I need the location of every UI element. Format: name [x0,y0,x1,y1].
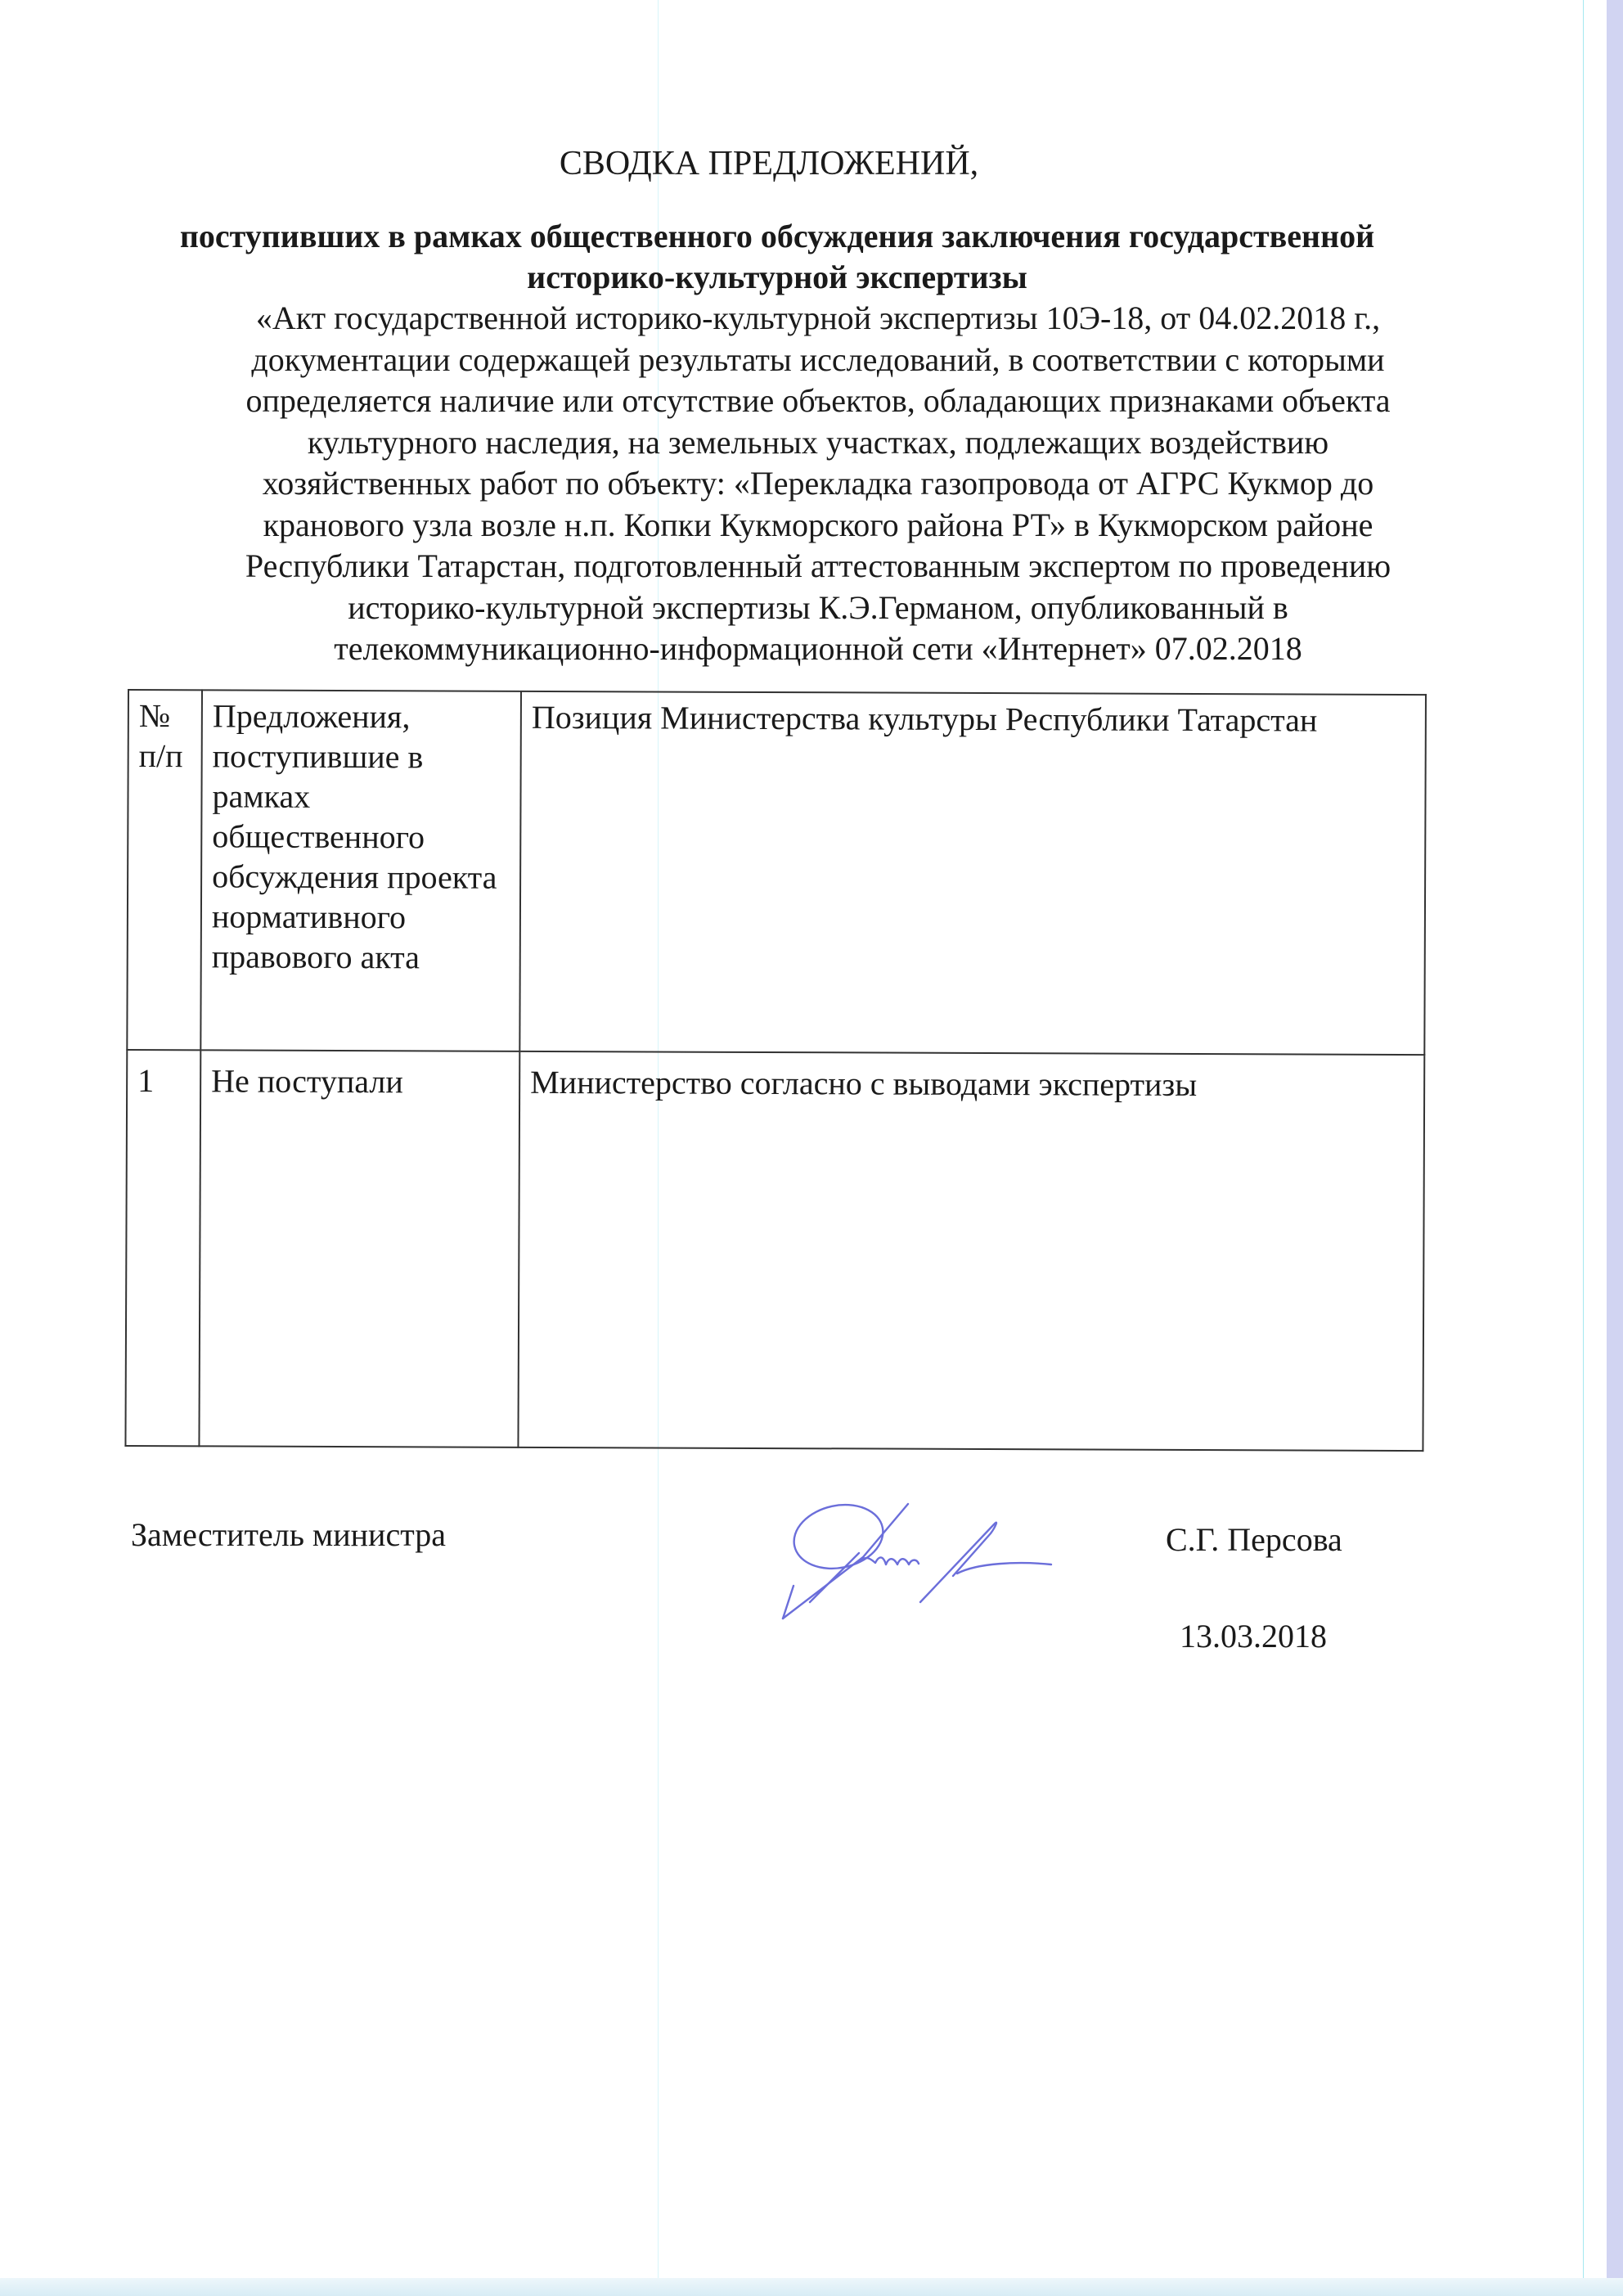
proposals-table-container: № п/п Предложения, поступившие в рамках … [124,689,1425,1452]
description-line: «Акт государственной историко-культурной… [123,298,1513,340]
header-cell-number: № п/п [127,690,202,1050]
signature-date: 13.03.2018 [1180,1617,1327,1655]
document-subtitle: поступивших в рамках общественного обсуж… [131,216,1423,298]
header-cell-ministry-position: Позиция Министерства культуры Республики… [519,691,1426,1055]
description-line: определяется наличие или отсутствие объе… [123,380,1513,422]
table-header-row: № п/п Предложения, поступившие в рамках … [127,690,1426,1055]
description-line: хозяйственных работ по объекту: «Перекла… [123,463,1513,505]
description-line: документации содержащей результаты иссле… [123,340,1513,381]
description-line: Республики Татарстан, подготовленный атт… [123,546,1513,588]
handwritten-signature-icon [749,1479,1059,1627]
cell-ministry-position: Министерство согласно с выводами эксперт… [518,1051,1424,1451]
scan-artifact-line [1583,0,1584,2296]
table-row: 1 Не поступали Министерство согласно с в… [125,1050,1424,1451]
proposals-table: № п/п Предложения, поступившие в рамках … [124,689,1427,1452]
header-cell-proposals: Предложения, поступившие в рамках общест… [200,690,521,1051]
document-title: СВОДКА ПРЕДЛОЖЕНИЙ, [0,144,1538,183]
scan-edge-bottom [0,2278,1623,2296]
description-line: историко-культурной экспертизы К.Э.Герма… [123,588,1513,629]
cell-number: 1 [125,1050,200,1446]
description-line: культурного наследия, на земельных участ… [123,422,1513,464]
document-description: «Акт государственной историко-культурной… [123,298,1513,670]
description-line: телекоммуникационно-информационной сети … [123,628,1513,670]
signatory-position: Заместитель министра [131,1515,446,1554]
cell-proposals: Не поступали [199,1050,519,1447]
description-line: кранового узла возле н.п. Копки Кукморск… [123,505,1513,547]
scan-edge-right [1607,0,1623,2296]
signatory-name: С.Г. Персова [1166,1520,1342,1559]
